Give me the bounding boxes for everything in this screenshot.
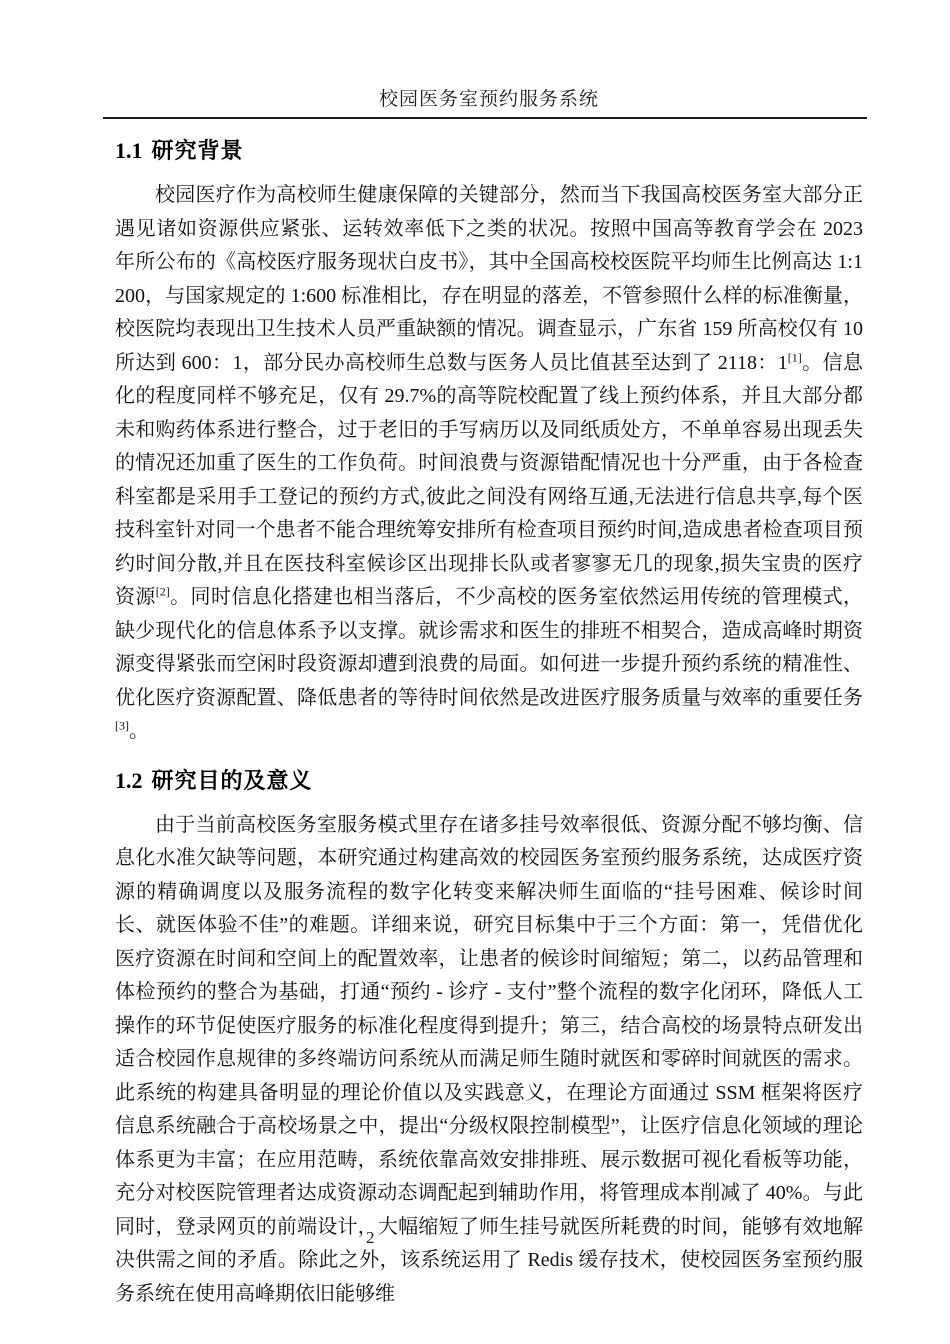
paragraph-research-purpose: 由于当前高校医务室服务模式里存在诸多挂号效率很低、资源分配不够均衡、信息化水准欠… <box>115 809 863 1312</box>
header-title: 校园医务室预约服务系统 <box>115 86 863 114</box>
page-content: 校园医务室预约服务系统 1.1研究背景 校园医疗作为高校师生健康保障的关键部分，… <box>115 86 863 1311</box>
paragraph-text-segment: 。信息化的程度同样不够充足，仅有 29.7%的高等院校配置了线上预约体系，并且大… <box>115 352 863 609</box>
paragraph-text-segment: 。 <box>129 720 149 742</box>
paragraph-text-segment: 。同时信息化搭建也相当落后，不少高校的医务室依然运用传统的管理模式，缺少现代化的… <box>115 586 863 709</box>
citation-ref-2: [2] <box>156 584 170 598</box>
header-rule-divider <box>103 117 867 119</box>
citation-ref-1: [1] <box>788 350 802 364</box>
paragraph-research-background: 校园医疗作为高校师生健康保障的关键部分，然而当下我国高校医务室大部分正遇见诸如资… <box>115 179 863 749</box>
section-number: 1.1 <box>115 138 143 163</box>
section-title: 研究目的及意义 <box>152 768 313 793</box>
page-header: 校园医务室预约服务系统 <box>115 86 863 119</box>
paragraph-text-segment: 校园医疗作为高校师生健康保障的关键部分，然而当下我国高校医务室大部分正遇见诸如资… <box>115 184 863 374</box>
document-page: { "page": { "header_title": "校园医务室预约服务系统… <box>0 0 950 1344</box>
section-number: 1.2 <box>115 768 143 793</box>
citation-ref-3: [3] <box>115 718 129 732</box>
section-heading-1-2: 1.2研究目的及意义 <box>115 766 863 796</box>
section-title: 研究背景 <box>152 138 244 163</box>
page-number: 2 <box>366 1228 375 1248</box>
section-heading-1-1: 1.1研究背景 <box>115 136 863 166</box>
